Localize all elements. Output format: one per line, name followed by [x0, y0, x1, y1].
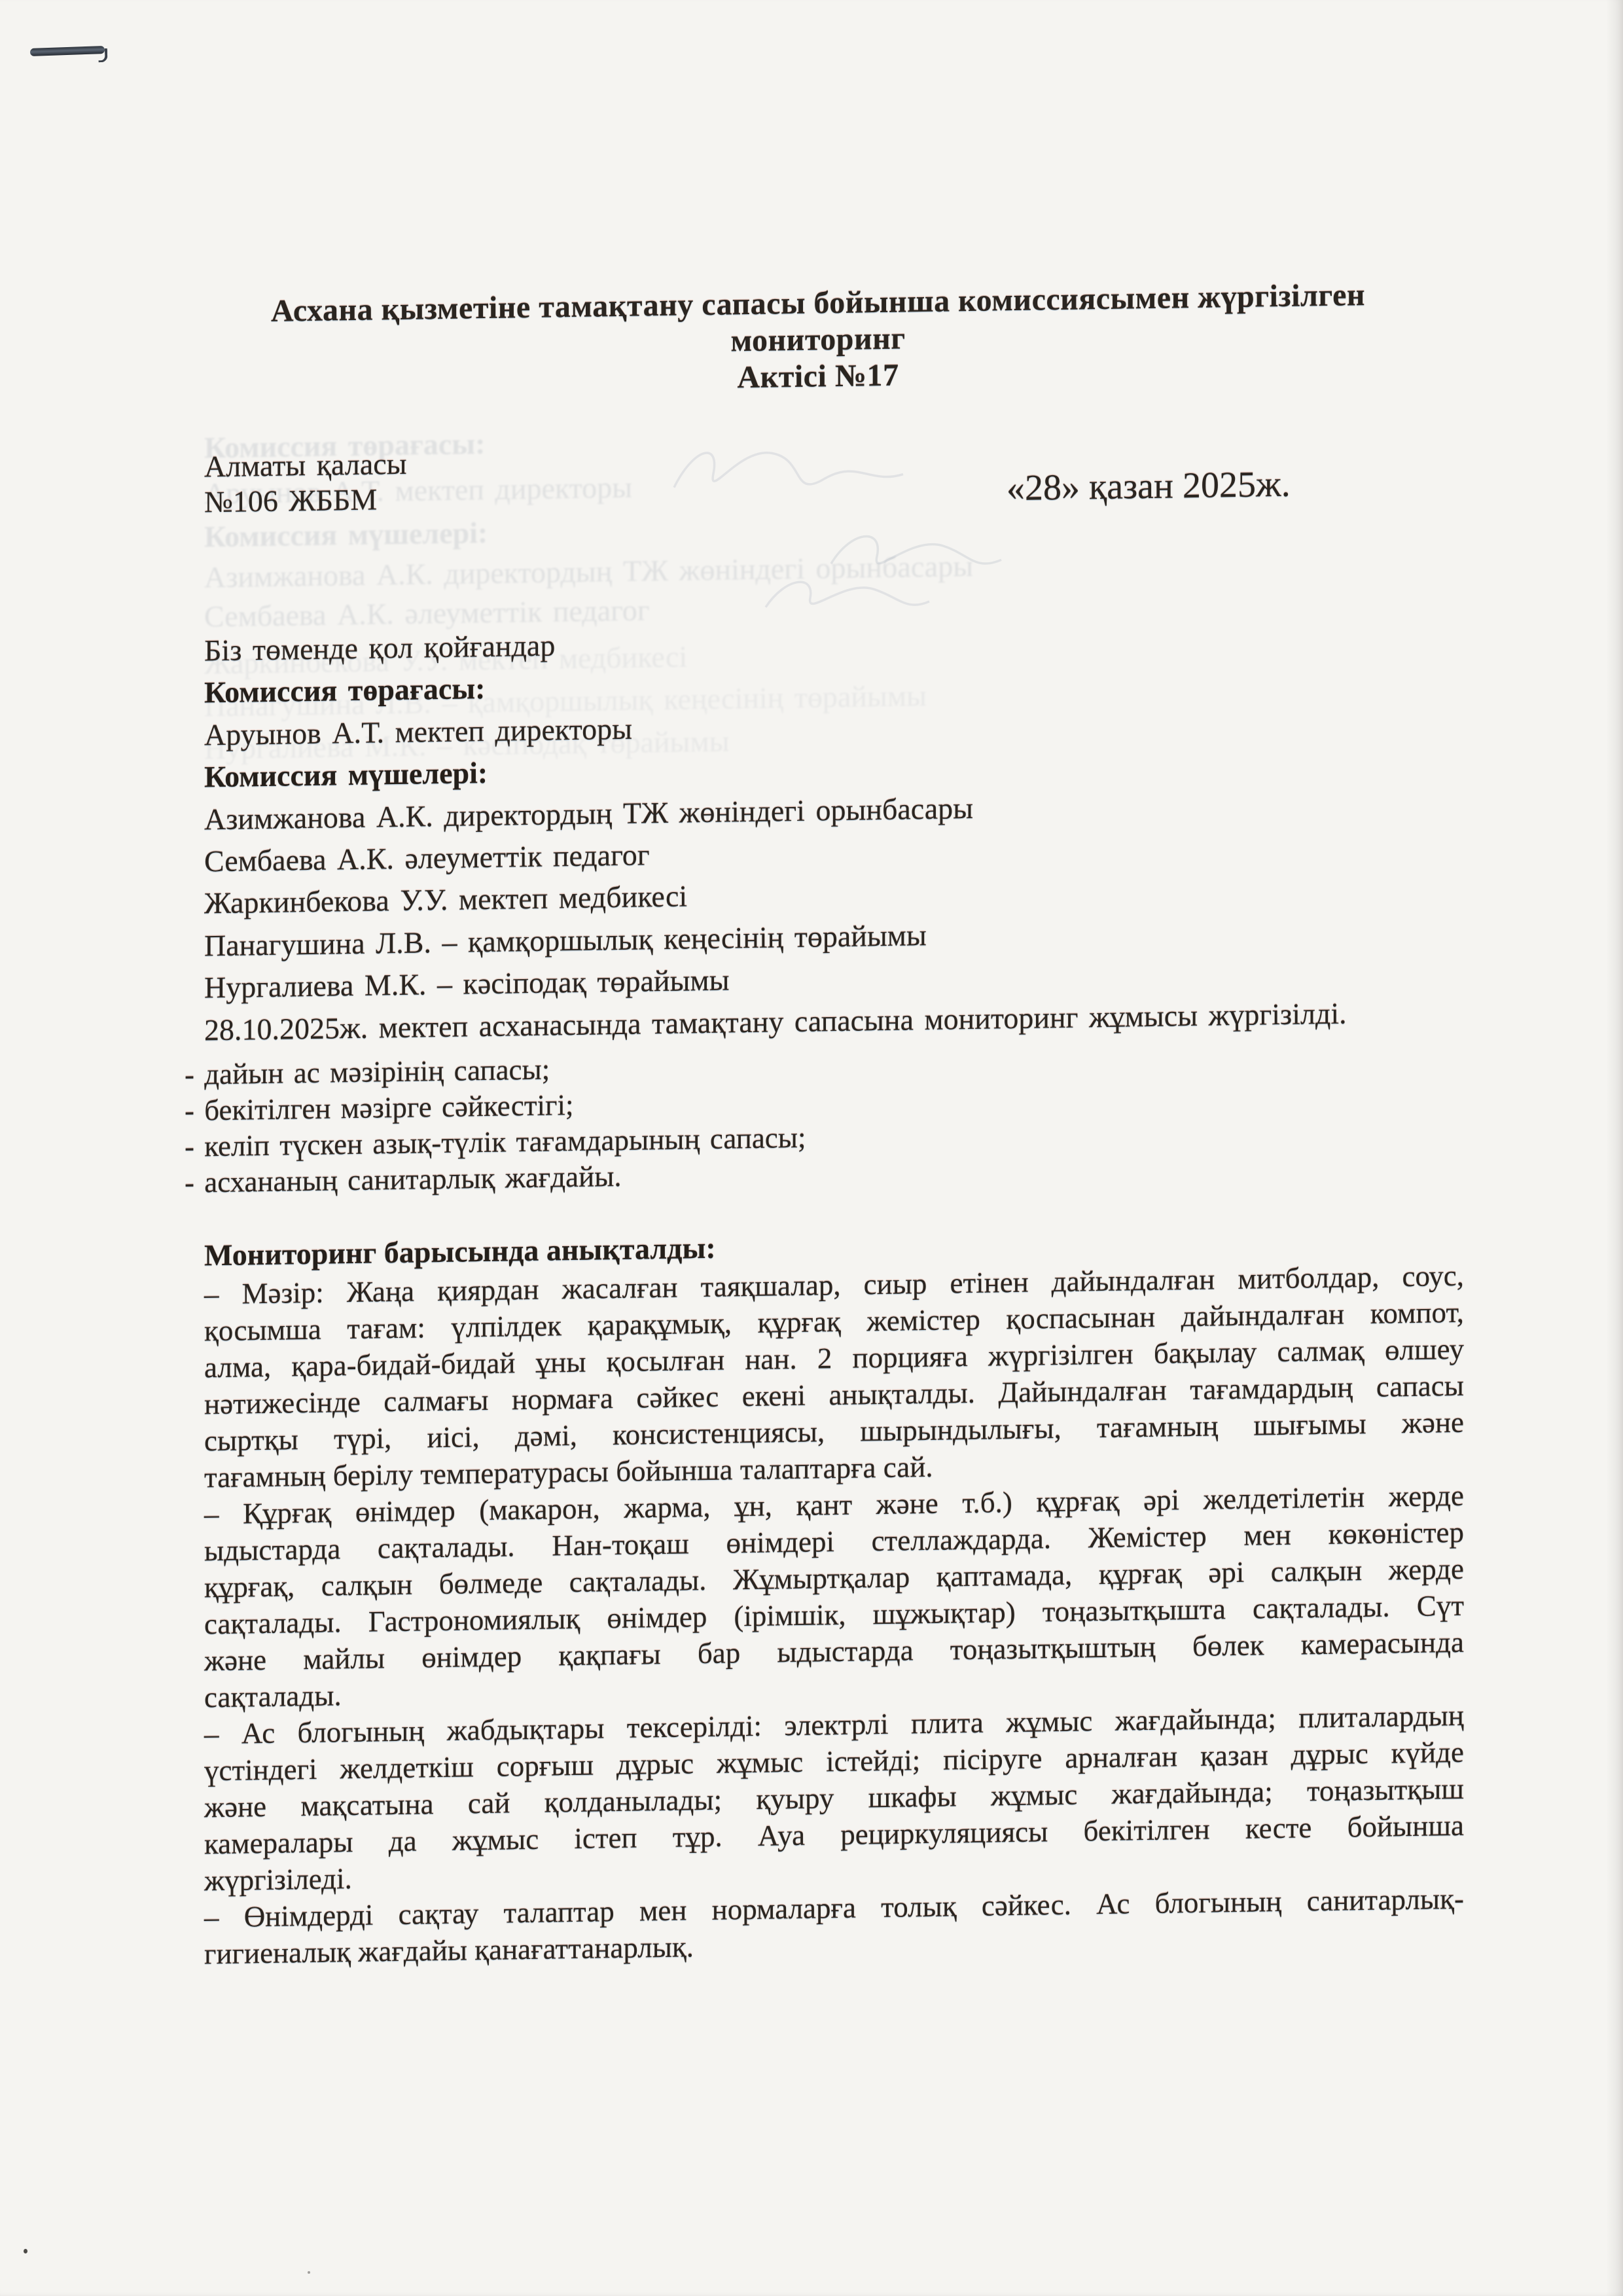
header-left-block: Алматы қаласы №106 ЖББМ — [204, 446, 407, 520]
date-line: «28» қазан 2025ж. — [1007, 465, 1291, 508]
findings-body: – Мәзір: Жаңа қиярдан жасалған таяқшалар… — [204, 1257, 1464, 1973]
scanned-document-page: Комиссия төрағасы: Аруынов А.Т. мектеп д… — [0, 0, 1623, 2296]
commission-roster: Біз төменде қол қойғандар Комиссия төрағ… — [204, 611, 1513, 1052]
checklist: - дайын ас мәзірінің сапасы; - бекітілге… — [185, 1037, 1493, 1201]
document-content: Комиссия төрағасы: Аруынов А.Т. мектеп д… — [0, 0, 1623, 2296]
findings-heading: Мониторинг барысында анықталды: — [204, 1230, 716, 1274]
document-title: Асхана қызметіне тамақтану сапасы бойынш… — [98, 274, 1538, 406]
scan-speck — [24, 2249, 27, 2253]
city-line: Алматы қаласы — [204, 446, 407, 485]
scan-speck — [308, 2271, 310, 2274]
school-line: №106 ЖББМ — [204, 482, 407, 520]
